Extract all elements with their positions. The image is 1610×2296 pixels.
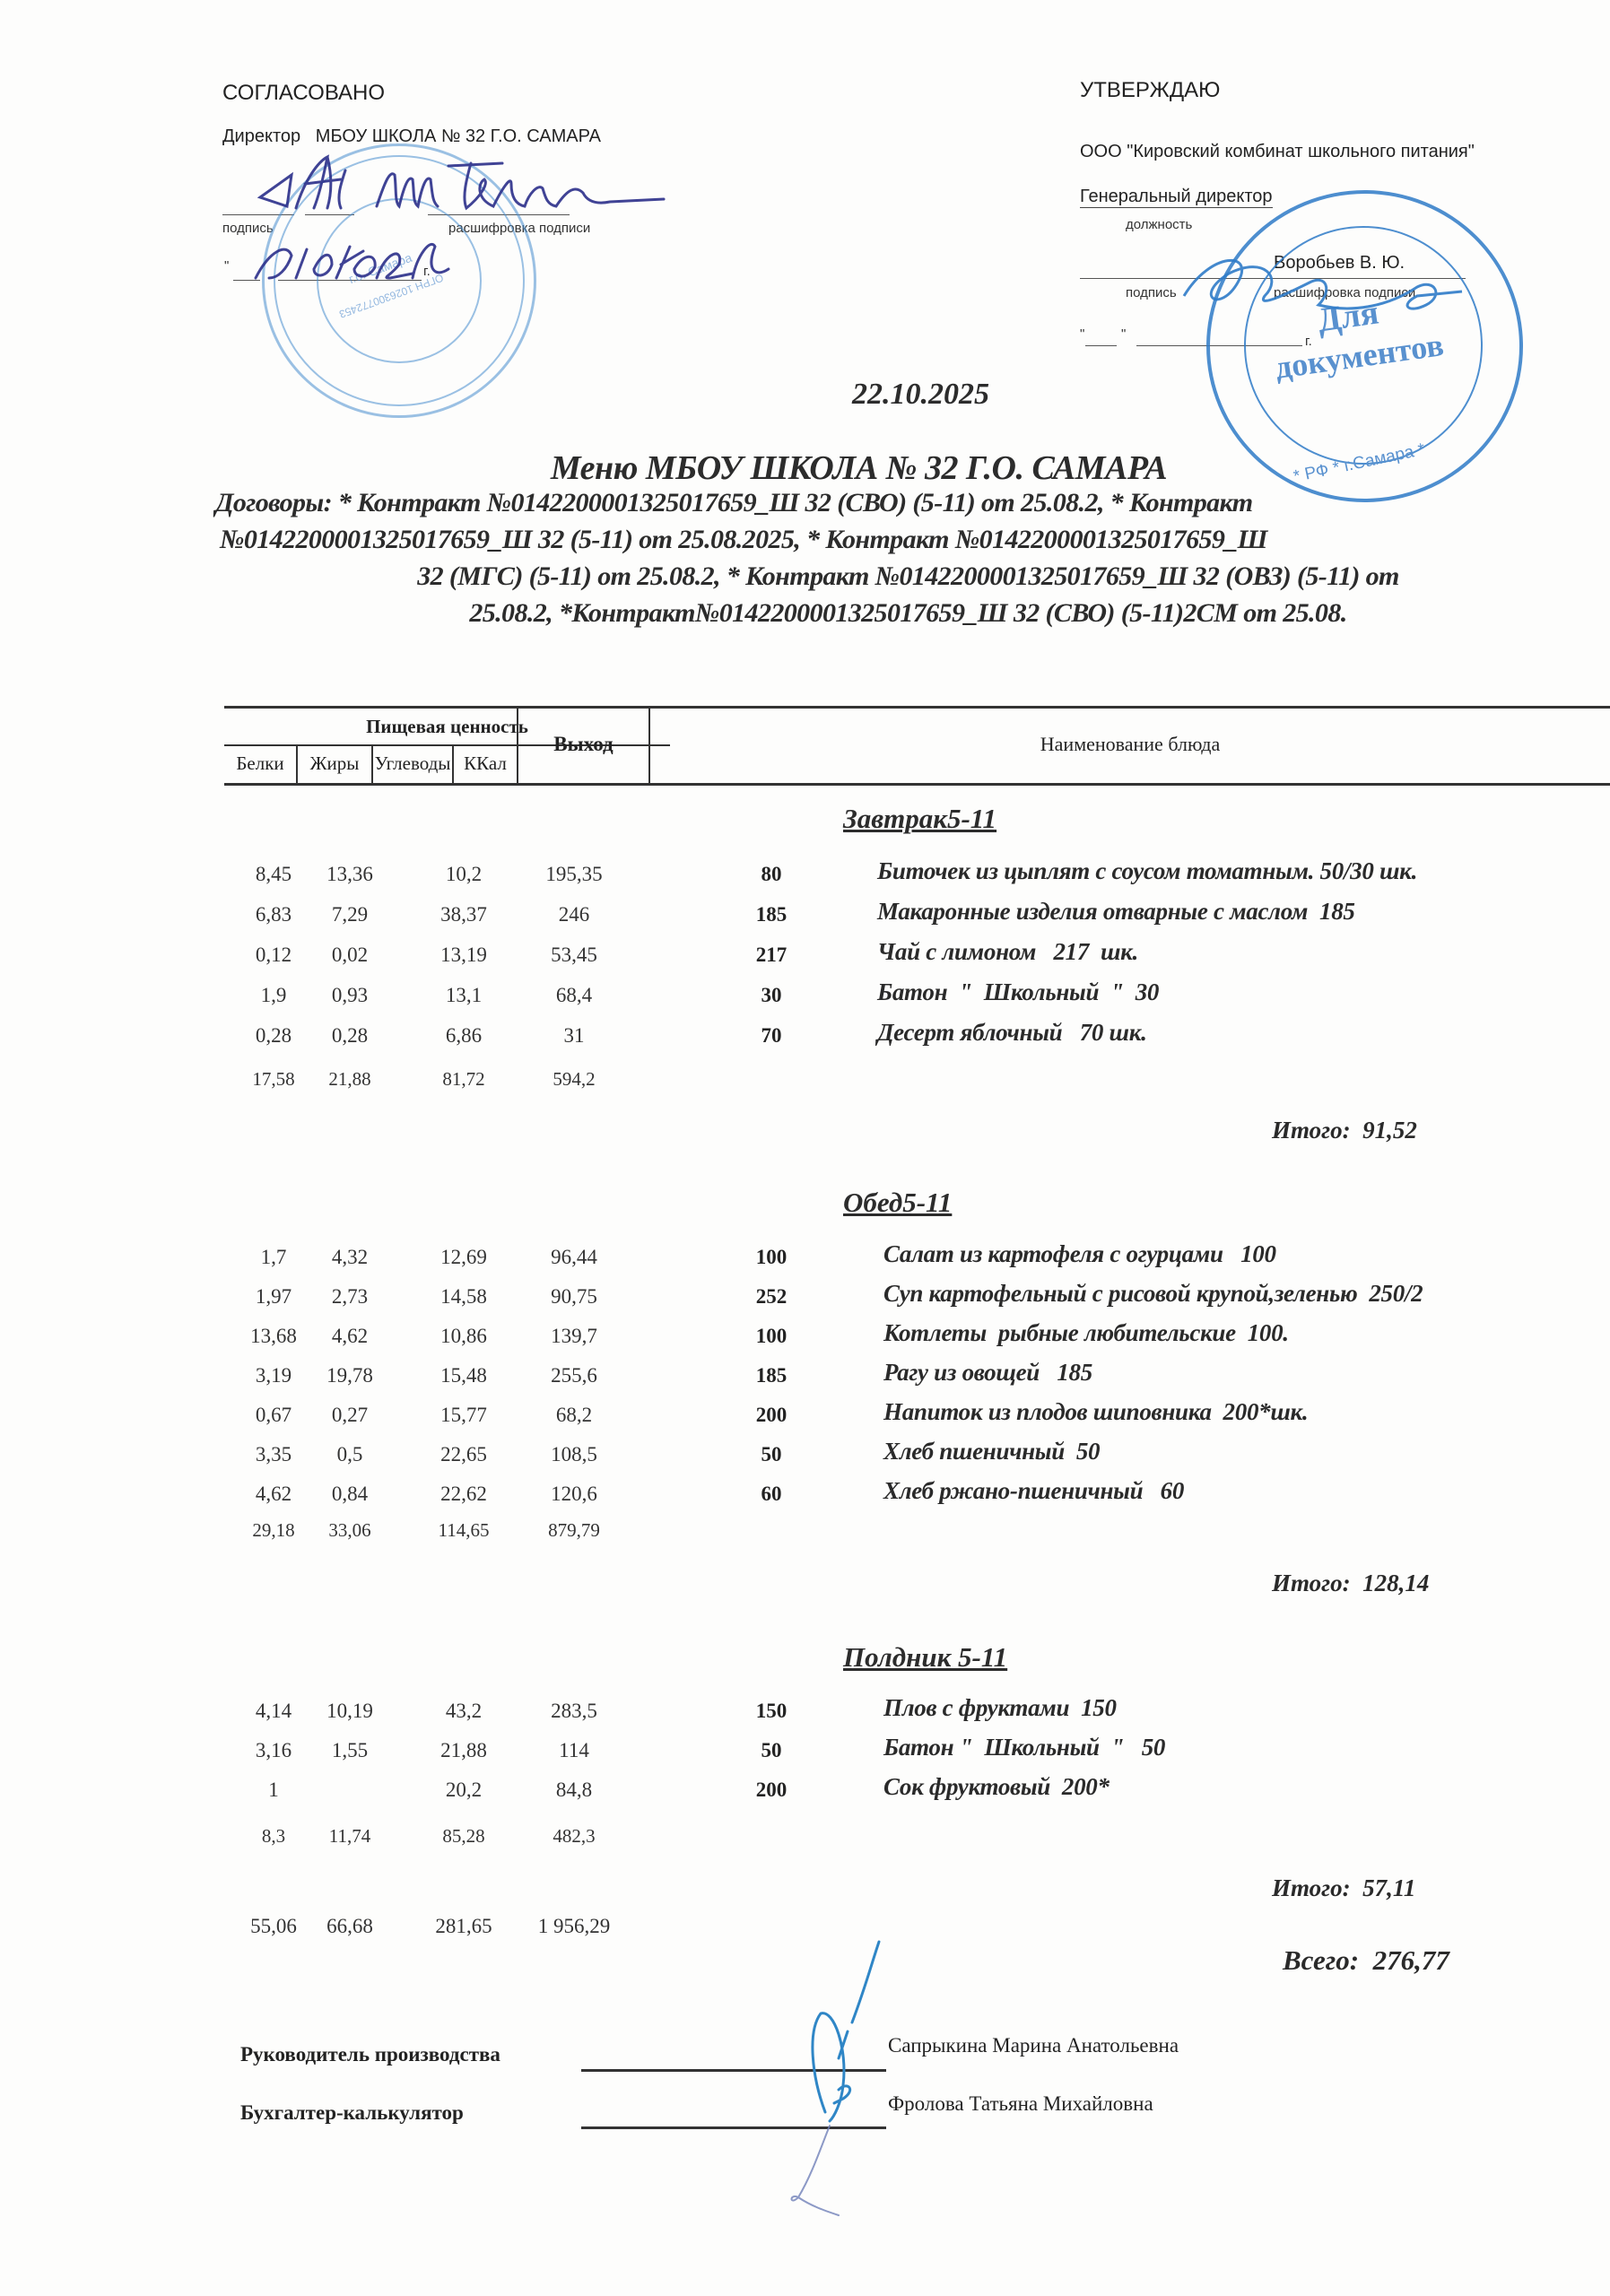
fat-value: 0,93 <box>296 984 404 1007</box>
signature-role: Бухгалтер-калькулятор <box>240 2101 464 2125</box>
carbs-header: Углеводы <box>373 746 452 780</box>
subtotal-kcal: 482,3 <box>520 1825 628 1848</box>
approval-right-title: УТВЕРЖДАЮ <box>1080 78 1220 103</box>
dish-name: Макаронные изделия отварные с маслом 185 <box>877 898 1355 926</box>
dish-name: Рагу из овощей 185 <box>883 1359 1092 1387</box>
section-total-label: Итого: <box>1272 1874 1351 1901</box>
date-day-line <box>1085 345 1117 346</box>
dish-name: Хлеб пшеничный 50 <box>883 1438 1100 1465</box>
section-total: Итого: 91,52 <box>1272 1117 1417 1144</box>
dish-name: Суп картофельный с рисовой крупой,зелень… <box>883 1280 1423 1308</box>
section-total-value: 57,11 <box>1362 1874 1415 1901</box>
subtotal-row: 29,1833,06114,65879,79 <box>224 1519 1610 1555</box>
production-manager-signature <box>735 1933 915 2220</box>
output-value: 185 <box>727 903 816 926</box>
date-quote-close: " <box>1121 326 1126 342</box>
fat-value: 10,19 <box>296 1700 404 1723</box>
output-value: 200 <box>727 1779 816 1802</box>
subtotal-fat: 33,06 <box>296 1519 404 1542</box>
output-value: 80 <box>727 863 816 886</box>
fat-value: 13,36 <box>296 863 404 886</box>
carbs-value: 21,88 <box>410 1739 518 1762</box>
section-title: Полдник 5-11 <box>843 1641 1007 1674</box>
carbs-value: 10,2 <box>410 863 518 886</box>
protein-value: 1 <box>220 1779 327 1802</box>
subtotal-fat: 21,88 <box>296 1068 404 1091</box>
menu-row: 8,4513,3610,2195,3580Биточек из цыплят с… <box>224 863 1610 899</box>
carbs-value: 14,58 <box>410 1285 518 1309</box>
output-value: 60 <box>727 1483 816 1506</box>
grand-kcal: 1 956,29 <box>520 1915 628 1938</box>
dish-name: Салат из картофеля с огурцами 100 <box>883 1240 1276 1268</box>
subtotal-kcal: 879,79 <box>520 1519 628 1542</box>
kcal-value: 90,75 <box>520 1285 628 1309</box>
carbs-value: 15,77 <box>410 1404 518 1427</box>
menu-row: 6,837,2938,37246185Макаронные изделия от… <box>224 903 1610 939</box>
grand-total: Всего: 276,77 <box>1283 1944 1449 1977</box>
signature-caption: подпись <box>1126 285 1177 300</box>
menu-date: 22.10.2025 <box>852 378 989 412</box>
menu-row: 1,74,3212,6996,44100Салат из картофеля с… <box>224 1246 1610 1282</box>
menu-row: 1,972,7314,5890,75252Суп картофельный с … <box>224 1285 1610 1321</box>
subtotal-carbs: 81,72 <box>410 1068 518 1091</box>
carbs-value: 10,86 <box>410 1325 518 1348</box>
carbs-value: 12,69 <box>410 1246 518 1269</box>
section-total-label: Итого: <box>1272 1570 1351 1596</box>
carbs-value: 43,2 <box>410 1700 518 1723</box>
dish-name: Котлеты рыбные любительские 100. <box>883 1319 1289 1347</box>
carbs-value: 22,65 <box>410 1443 518 1466</box>
output-value: 100 <box>727 1325 816 1348</box>
kcal-value: 246 <box>520 903 628 926</box>
kcal-value: 283,5 <box>520 1700 628 1723</box>
approval-right-company: ООО "Кировский комбинат школьного питани… <box>1080 142 1475 162</box>
fat-value: 0,02 <box>296 944 404 967</box>
section-total: Итого: 128,14 <box>1272 1570 1429 1597</box>
signature-name: Фролова Татьяна Михайловна <box>888 2092 1153 2116</box>
section-title: Обед5-11 <box>843 1187 952 1219</box>
output-value: 100 <box>727 1246 816 1269</box>
kcal-value: 96,44 <box>520 1246 628 1269</box>
section-total-value: 91,52 <box>1362 1117 1417 1144</box>
output-value: 70 <box>727 1024 816 1048</box>
carbs-value: 22,62 <box>410 1483 518 1506</box>
contracts-block: Договоры: * Контракт №014220000132501765… <box>215 484 1610 631</box>
menu-table-header: Пищевая ценность Белки Жиры Углеводы ККа… <box>224 706 1610 786</box>
fat-value: 0,5 <box>296 1443 404 1466</box>
dish-name: Сок фруктовый 200* <box>883 1773 1110 1801</box>
menu-row: 13,684,6210,86139,7100Котлеты рыбные люб… <box>224 1325 1610 1361</box>
fat-header: Жиры <box>298 746 371 780</box>
menu-row: 3,1919,7815,48255,6185Рагу из овощей 185 <box>224 1364 1610 1400</box>
kcal-value: 53,45 <box>520 944 628 967</box>
ceo-signature <box>1175 242 1489 359</box>
dish-name: Батон " Школьный " 30 <box>877 978 1159 1006</box>
menu-row: 1,90,9313,168,430Батон " Школьный " 30 <box>224 984 1610 1020</box>
menu-row: 4,1410,1943,2283,5150Плов с фруктами 150 <box>224 1700 1610 1735</box>
kcal-value: 68,4 <box>520 984 628 1007</box>
fat-value: 4,32 <box>296 1246 404 1269</box>
kcal-value: 114 <box>520 1739 628 1762</box>
subtotal-row: 17,5821,8881,72594,2 <box>224 1068 1610 1104</box>
kcal-value: 108,5 <box>520 1443 628 1466</box>
position-caption: должность <box>1126 217 1192 232</box>
fat-value: 0,84 <box>296 1483 404 1506</box>
output-value: 252 <box>727 1285 816 1309</box>
carbs-value: 13,19 <box>410 944 518 967</box>
menu-row: 0,120,0213,1953,45217Чай с лимоном 217 ш… <box>224 944 1610 979</box>
menu-row: 0,670,2715,7768,2200Напиток из плодов ши… <box>224 1404 1610 1439</box>
kcal-value: 255,6 <box>520 1364 628 1387</box>
output-value: 50 <box>727 1443 816 1466</box>
dish-name: Чай с лимоном 217 шк. <box>877 938 1138 966</box>
grand-fat: 66,68 <box>296 1915 404 1938</box>
menu-title: Меню МБОУ ШКОЛА № 32 Г.О. САМАРА <box>0 448 1610 488</box>
signature-name: Сапрыкина Марина Анатольевна <box>888 2034 1179 2057</box>
output-value: 217 <box>727 944 816 967</box>
kcal-value: 31 <box>520 1024 628 1048</box>
contracts-line: Договоры: * Контракт №014220000132501765… <box>215 484 1610 521</box>
kcal-value: 68,2 <box>520 1404 628 1427</box>
carbs-value: 6,86 <box>410 1024 518 1048</box>
dish-name-header: Наименование блюда <box>650 709 1610 780</box>
section-title: Завтрак5-11 <box>843 803 996 835</box>
menu-row: 4,620,8422,62120,660Хлеб ржано-пшеничный… <box>224 1483 1610 1518</box>
dish-name: Напиток из плодов шиповника 200*шк. <box>883 1398 1308 1426</box>
date-quote: " <box>224 258 229 274</box>
subtotal-kcal: 594,2 <box>520 1068 628 1091</box>
subtotal-fat: 11,74 <box>296 1825 404 1848</box>
director-signature <box>242 143 780 296</box>
dish-name: Хлеб ржано-пшеничный 60 <box>883 1477 1184 1505</box>
fat-value: 0,27 <box>296 1404 404 1427</box>
carbs-value: 20,2 <box>410 1779 518 1802</box>
dish-name: Биточек из цыплят с соусом томатным. 50/… <box>877 857 1417 885</box>
approval-left-title: СОГЛАСОВАНО <box>222 81 385 106</box>
section-total-label: Итого: <box>1272 1117 1351 1144</box>
output-value: 30 <box>727 984 816 1007</box>
fat-value: 1,55 <box>296 1739 404 1762</box>
fat-value: 7,29 <box>296 903 404 926</box>
dish-name: Десерт яблочный 70 шк. <box>877 1019 1147 1047</box>
fat-value: 2,73 <box>296 1285 404 1309</box>
fat-value: 4,62 <box>296 1325 404 1348</box>
menu-row: 0,280,286,863170Десерт яблочный 70 шк. <box>224 1024 1610 1060</box>
grand-total-value: 276,77 <box>1373 1944 1449 1976</box>
kcal-value: 139,7 <box>520 1325 628 1348</box>
menu-row: 3,350,522,65108,550Хлеб пшеничный 50 <box>224 1443 1610 1479</box>
protein-header: Белки <box>224 746 296 780</box>
contracts-line: 25.08.2, *Контракт№0142200001325017659_Ш… <box>215 595 1601 631</box>
signature-role: Руководитель производства <box>240 2043 500 2066</box>
output-value: 50 <box>727 1739 816 1762</box>
carbs-value: 13,1 <box>410 984 518 1007</box>
fat-value: 0,28 <box>296 1024 404 1048</box>
contracts-line: №0142200001325017659_Ш 32 (5-11) от 25.0… <box>215 521 1610 558</box>
subtotal-row: 8,311,7485,28482,3 <box>224 1825 1610 1861</box>
menu-row: 3,161,5521,8811450Батон " Школьный " 50 <box>224 1739 1610 1775</box>
carbs-value: 38,37 <box>410 903 518 926</box>
approval-right-position: Генеральный директор <box>1080 187 1273 208</box>
output-value: 200 <box>727 1404 816 1427</box>
kcal-value: 120,6 <box>520 1483 628 1506</box>
output-value: 150 <box>727 1700 816 1723</box>
section-total-value: 128,14 <box>1362 1570 1429 1596</box>
grand-total-label: Всего: <box>1283 1944 1359 1976</box>
dish-name: Батон " Школьный " 50 <box>883 1734 1165 1761</box>
carbs-value: 15,48 <box>410 1364 518 1387</box>
kcal-header: ККал <box>454 746 517 780</box>
section-total: Итого: 57,11 <box>1272 1874 1415 1902</box>
output-value: 185 <box>727 1364 816 1387</box>
output-header: Выход <box>518 709 648 780</box>
subtotal-carbs: 114,65 <box>410 1519 518 1542</box>
subtotal-carbs: 85,28 <box>410 1825 518 1848</box>
contracts-line: 32 (МГС) (5-11) от 25.08.2, * Контракт №… <box>215 558 1601 595</box>
date-quote-open: " <box>1080 326 1084 342</box>
grand-carbs: 281,65 <box>410 1915 518 1938</box>
menu-row: 120,284,8200Сок фруктовый 200* <box>224 1779 1610 1814</box>
fat-value: 19,78 <box>296 1364 404 1387</box>
kcal-value: 84,8 <box>520 1779 628 1802</box>
dish-name: Плов с фруктами 150 <box>883 1694 1117 1722</box>
kcal-value: 195,35 <box>520 863 628 886</box>
